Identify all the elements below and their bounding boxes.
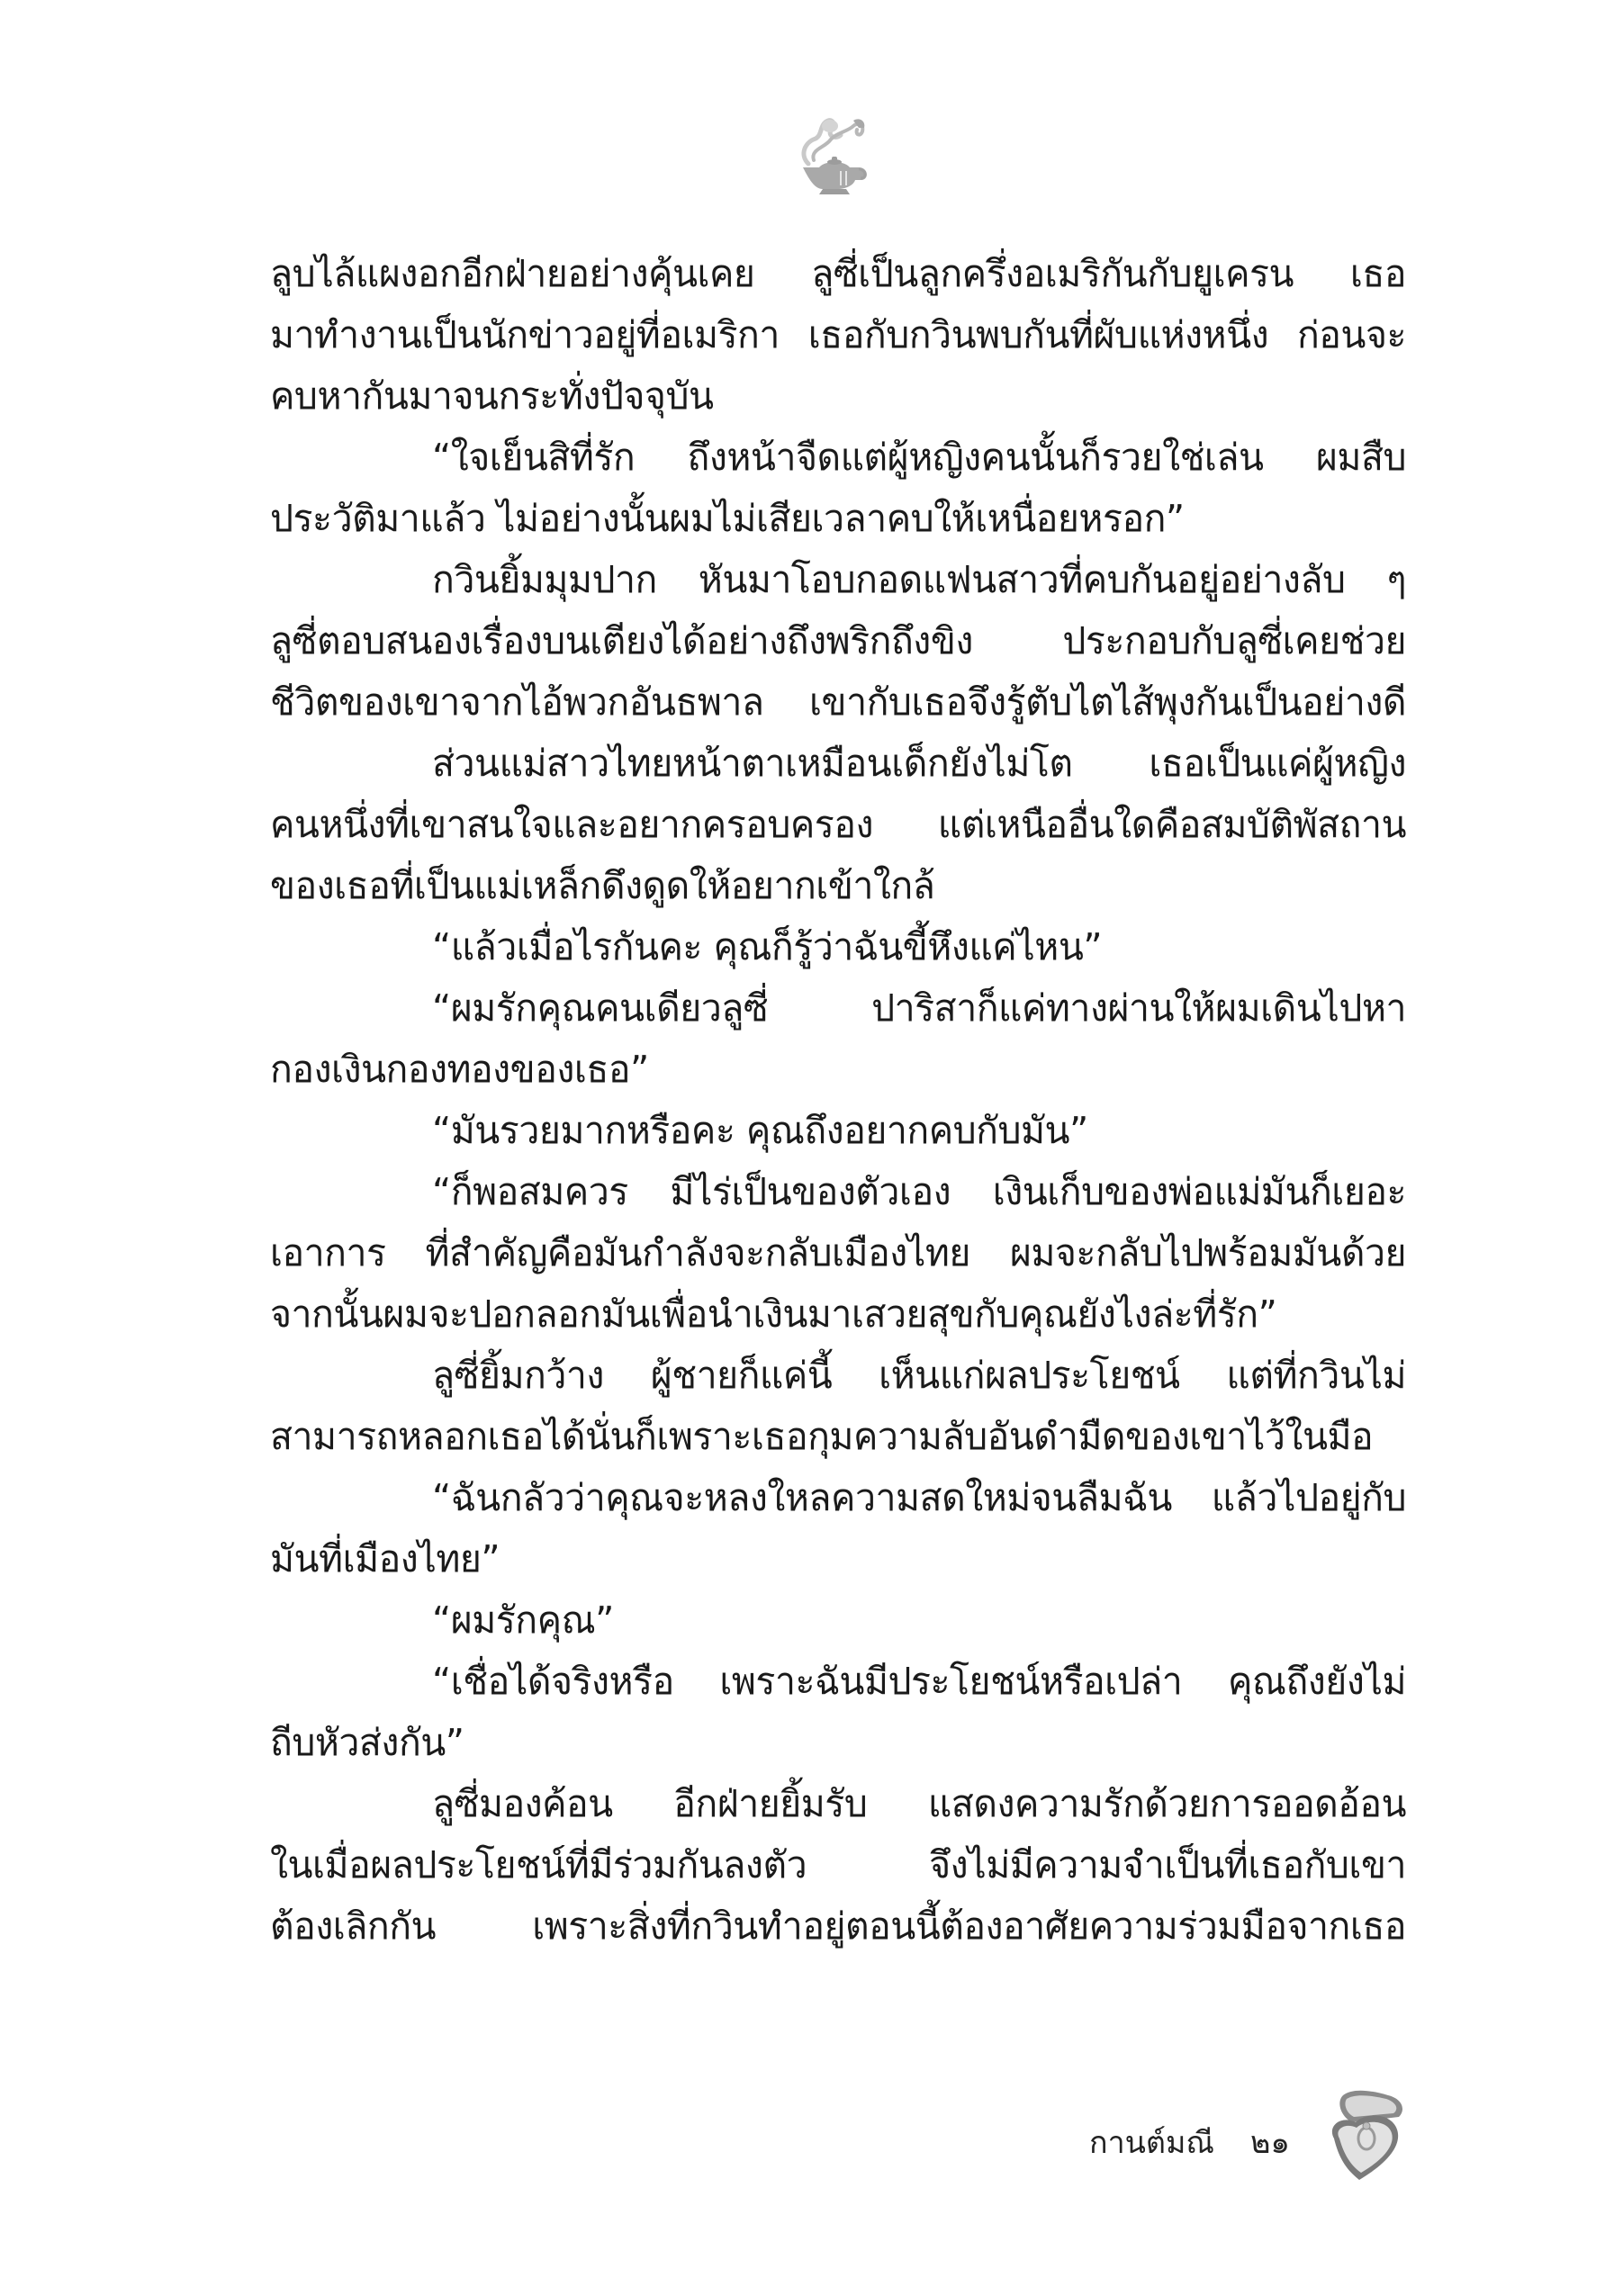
paragraph: ส่วนแม่สาวไทยหน้าตาเหมือนเด็กยังไม่โต เธ… [270,733,1406,916]
text-line: “ใจเย็นสิที่รัก ถึงหน้าจืดแต่ผู้หญิงคนนั… [270,427,1406,488]
text-line: สามารถหลอกเธอได้นั่นก็เพราะเธอกุมความลับ… [270,1406,1406,1467]
text-line: มาทำงานเป็นนักข่าวอยู่ที่อเมริกา เธอกับก… [270,304,1406,365]
paragraph: กวินยิ้มมุมปาก หันมาโอบกอดแฟนสาวที่คบกัน… [270,549,1406,733]
paragraph: “มันรวยมากหรือคะ คุณถึงอยากคบกับมัน” [270,1100,1406,1161]
text-line: กวินยิ้มมุมปาก หันมาโอบกอดแฟนสาวที่คบกัน… [270,549,1406,610]
text-line: มันที่เมืองไทย” [270,1528,1406,1589]
text-line: คนหนึ่งที่เขาสนใจและอยากครอบครอง แต่เหนื… [270,794,1406,855]
text-line: ประวัติมาแล้ว ไม่อย่างนั้นผมไม่เสียเวลาค… [270,488,1406,549]
text-line: ลูซี่ยิ้มกว้าง ผู้ชายก็แค่นี้ เห็นแก่ผลป… [270,1345,1406,1406]
text-line: คบหากันมาจนกระทั่งปัจจุบัน [270,365,1406,427]
text-line: “เชื่อได้จริงหรือ เพราะฉันมีประโยชน์หรือ… [270,1651,1406,1712]
paragraph: ลูซี่มองค้อน อีกฝ่ายยิ้มรับ แสดงความรักด… [270,1773,1406,1957]
text-line: ส่วนแม่สาวไทยหน้าตาเหมือนเด็กยังไม่โต เธ… [270,733,1406,794]
paragraph: “ฉันกลัวว่าคุณจะหลงใหลความสดใหม่จนลืมฉัน… [270,1467,1406,1589]
paragraph: “ใจเย็นสิที่รัก ถึงหน้าจืดแต่ผู้หญิงคนนั… [270,427,1406,549]
page-number: ๒๑ [1250,2118,1290,2166]
paragraph: “ผมรักคุณ” [270,1589,1406,1651]
text-line: “มันรวยมากหรือคะ คุณถึงอยากคบกับมัน” [270,1100,1406,1161]
text-line: ลูซี่ตอบสนองเรื่องบนเตียงได้อย่างถึงพริก… [270,610,1406,671]
paragraph: “ก็พอสมควร มีไร่เป็นของตัวเอง เงินเก็บขอ… [270,1161,1406,1345]
text-line: ในเมื่อผลประโยชน์ที่มีร่วมกันลงตัว จึงไม… [270,1834,1406,1895]
book-title: กานต์มณี [1089,2118,1214,2166]
text-line: ลูซี่มองค้อน อีกฝ่ายยิ้มรับ แสดงความรักด… [270,1773,1406,1834]
paragraph: “แล้วเมื่อไรกันคะ คุณก็รู้ว่าฉันขี้หึงแค… [270,916,1406,977]
text-line: ต้องเลิกกัน เพราะสิ่งที่กวินทำอยู่ตอนนี้… [270,1895,1406,1957]
text-line: จากนั้นผมจะปอกลอกมันเพื่อนำเงินมาเสวยสุข… [270,1283,1406,1345]
page-footer: กานต์มณี ๒๑ [1089,2115,1290,2169]
text-line: ชีวิตของเขาจากไอ้พวกอันธพาล เขากับเธอจึง… [270,671,1406,733]
text-line: กองเงินกองทองของเธอ” [270,1039,1406,1100]
text-line: ของเธอที่เป็นแม่เหล็กดึงดูดให้อยากเข้าใก… [270,855,1406,916]
text-line: เอาการ ที่สำคัญคือมันกำลังจะกลับเมืองไทย… [270,1222,1406,1283]
paragraph: “ผมรักคุณคนเดียวลูซี่ ปาริสาก็แค่ทางผ่าน… [270,977,1406,1100]
book-page: ลูบไล้แผงอกอีกฝ่ายอย่างคุ้นเคย ลูซี่เป็น… [0,0,1605,2296]
paragraph: ลูซี่ยิ้มกว้าง ผู้ชายก็แค่นี้ เห็นแก่ผลป… [270,1345,1406,1467]
text-line: “ผมรักคุณคนเดียวลูซี่ ปาริสาก็แค่ทางผ่าน… [270,977,1406,1039]
text-line: ลูบไล้แผงอกอีกฝ่ายอย่างคุ้นเคย ลูซี่เป็น… [270,243,1406,304]
ring-box-heart-icon [1316,2086,1415,2185]
paragraph: ลูบไล้แผงอกอีกฝ่ายอย่างคุ้นเคย ลูซี่เป็น… [270,243,1406,427]
paragraph: “เชื่อได้จริงหรือ เพราะฉันมีประโยชน์หรือ… [270,1651,1406,1773]
body-text: ลูบไล้แผงอกอีกฝ่ายอย่างคุ้นเคย ลูซี่เป็น… [270,243,1406,1957]
magic-lamp-icon [783,108,882,198]
text-line: ถีบหัวส่งกัน” [270,1712,1406,1773]
text-line: “ผมรักคุณ” [270,1589,1406,1651]
text-line: “ก็พอสมควร มีไร่เป็นของตัวเอง เงินเก็บขอ… [270,1161,1406,1222]
text-line: “แล้วเมื่อไรกันคะ คุณก็รู้ว่าฉันขี้หึงแค… [270,916,1406,977]
text-line: “ฉันกลัวว่าคุณจะหลงใหลความสดใหม่จนลืมฉัน… [270,1467,1406,1528]
